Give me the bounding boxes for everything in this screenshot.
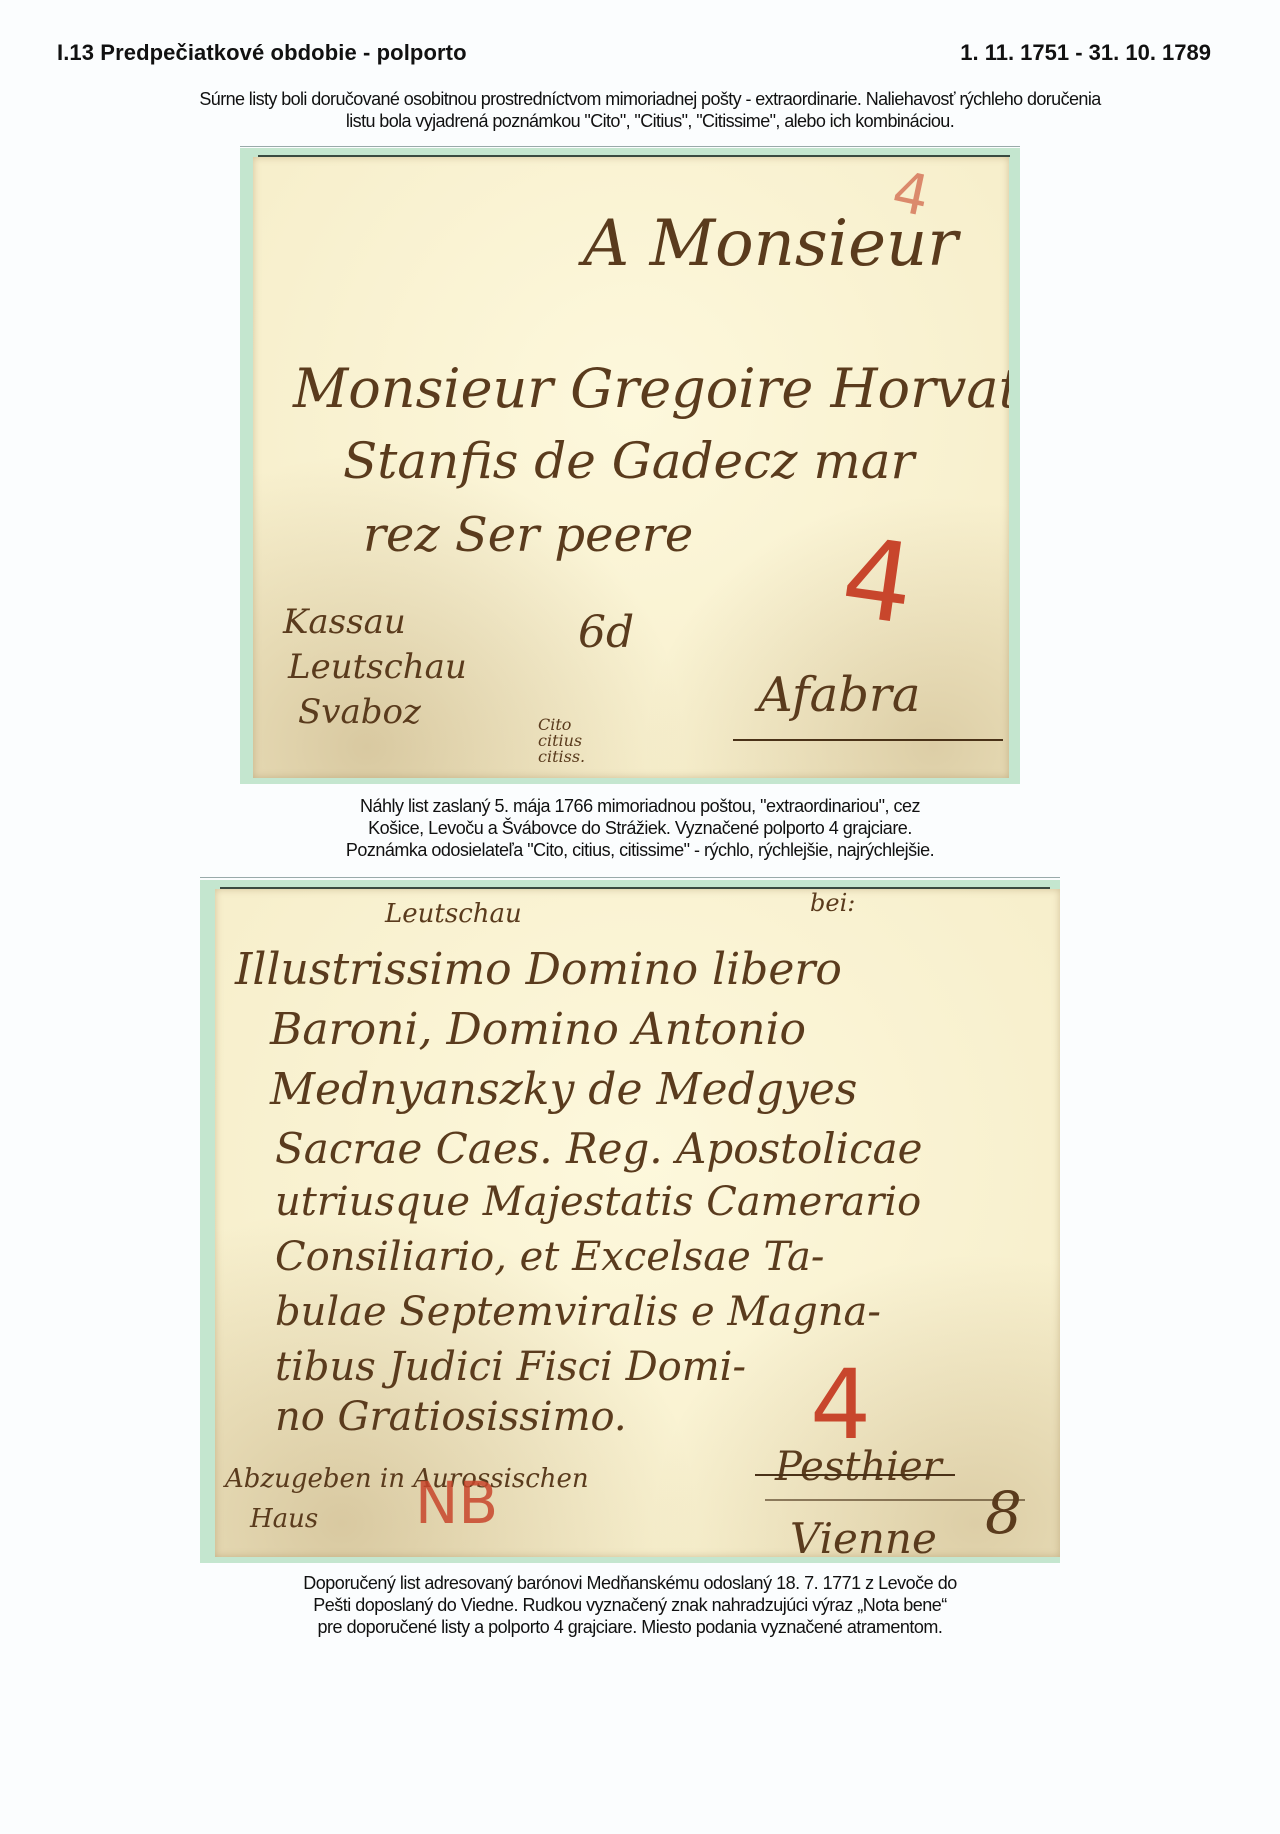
intro-line-1: Súrne listy boli doručované osobitnou pr…	[100, 88, 1200, 110]
hw-addr-9: no Gratiosissimo.	[275, 1394, 627, 1440]
page-title: I.13 Predpečiatkové obdobie - polporto	[57, 40, 467, 66]
hw-struck-destination: Pesthier	[775, 1444, 942, 1490]
hw-addr-7: bulae Septemviralis e Magna-	[275, 1289, 881, 1335]
intro-text: Súrne listy boli doručované osobitnou pr…	[100, 88, 1200, 132]
divider	[240, 146, 1020, 147]
hw-route-3: Svaboz	[298, 692, 421, 732]
hw-bottom-left-1: Abzugeben in Aurossischen	[225, 1464, 589, 1494]
red-nota-bene-mark: NB	[415, 1469, 498, 1537]
hw-route-2: Leutschau	[288, 647, 467, 687]
caption-1-line-1: Náhly list zaslaný 5. mája 1766 mimoriad…	[240, 795, 1040, 817]
hw-addr-6: Consiliario, et Excelsae Ta-	[275, 1234, 824, 1280]
hw-line-2: Monsieur Gregoire Horvath	[293, 357, 1009, 420]
hw-top-right: bei:	[810, 889, 855, 917]
cover-2-image: Leutschau bei: Illustrissimo Domino libe…	[215, 889, 1060, 1557]
caption-2-line-1: Doporučený list adresovaný barónovi Medň…	[180, 1572, 1080, 1594]
red-polporto-mark: 4	[834, 513, 921, 649]
hw-line-4: rez Ser peere	[363, 507, 693, 563]
hw-route-1: Kassau	[283, 602, 406, 642]
hw-addr-8: tibus Judici Fisci Domi-	[275, 1344, 746, 1390]
period-dates: 1. 11. 1751 - 31. 10. 1789	[960, 40, 1211, 66]
hw-addr-4: Sacrae Caes. Reg. Apostolicae	[275, 1124, 923, 1173]
hw-fee: 6d	[578, 607, 634, 658]
strike-line-1	[755, 1474, 955, 1476]
hw-addr-3: Mednyanszky de Medgyes	[270, 1064, 857, 1115]
caption-2: Doporučený list adresovaný barónovi Medň…	[180, 1572, 1080, 1638]
hw-addr-5: utriusque Majestatis Camerario	[275, 1179, 921, 1225]
hw-addr-2: Baroni, Domino Antonio	[270, 1004, 806, 1055]
hw-top-left: Leutschau	[385, 899, 522, 929]
hw-destination: Vienne	[790, 1514, 937, 1557]
hw-fee: 8	[985, 1479, 1022, 1547]
hw-bottom-left-2: Haus	[250, 1504, 318, 1534]
caption-2-line-3: pre doporučené listy a polporto 4 grajci…	[180, 1616, 1080, 1638]
hw-line-3: Stanfis de Gadecz mar	[343, 432, 914, 490]
intro-line-2: listu bola vyjadrená poznámkou "Cito", "…	[100, 110, 1200, 132]
cover-1-image: A Monsieur 4 Monsieur Gregoire Horvath S…	[253, 157, 1009, 778]
caption-1: Náhly list zaslaný 5. mája 1766 mimoriad…	[240, 795, 1040, 861]
divider	[200, 877, 1060, 878]
caption-1-line-2: Košice, Levoču a Švábovce do Strážiek. V…	[240, 817, 1040, 839]
caption-1-line-3: Poznámka odosielateľa "Cito, citius, cit…	[240, 839, 1040, 861]
hw-destination: Afabra	[758, 667, 921, 723]
hw-addr-1: Illustrissimo Domino libero	[235, 944, 842, 995]
hw-cito-note: Cito citius citiss.	[538, 717, 598, 765]
caption-2-line-2: Pešti doposlaný do Viedne. Rudkou vyznač…	[180, 1594, 1080, 1616]
destination-underline	[733, 739, 1003, 741]
